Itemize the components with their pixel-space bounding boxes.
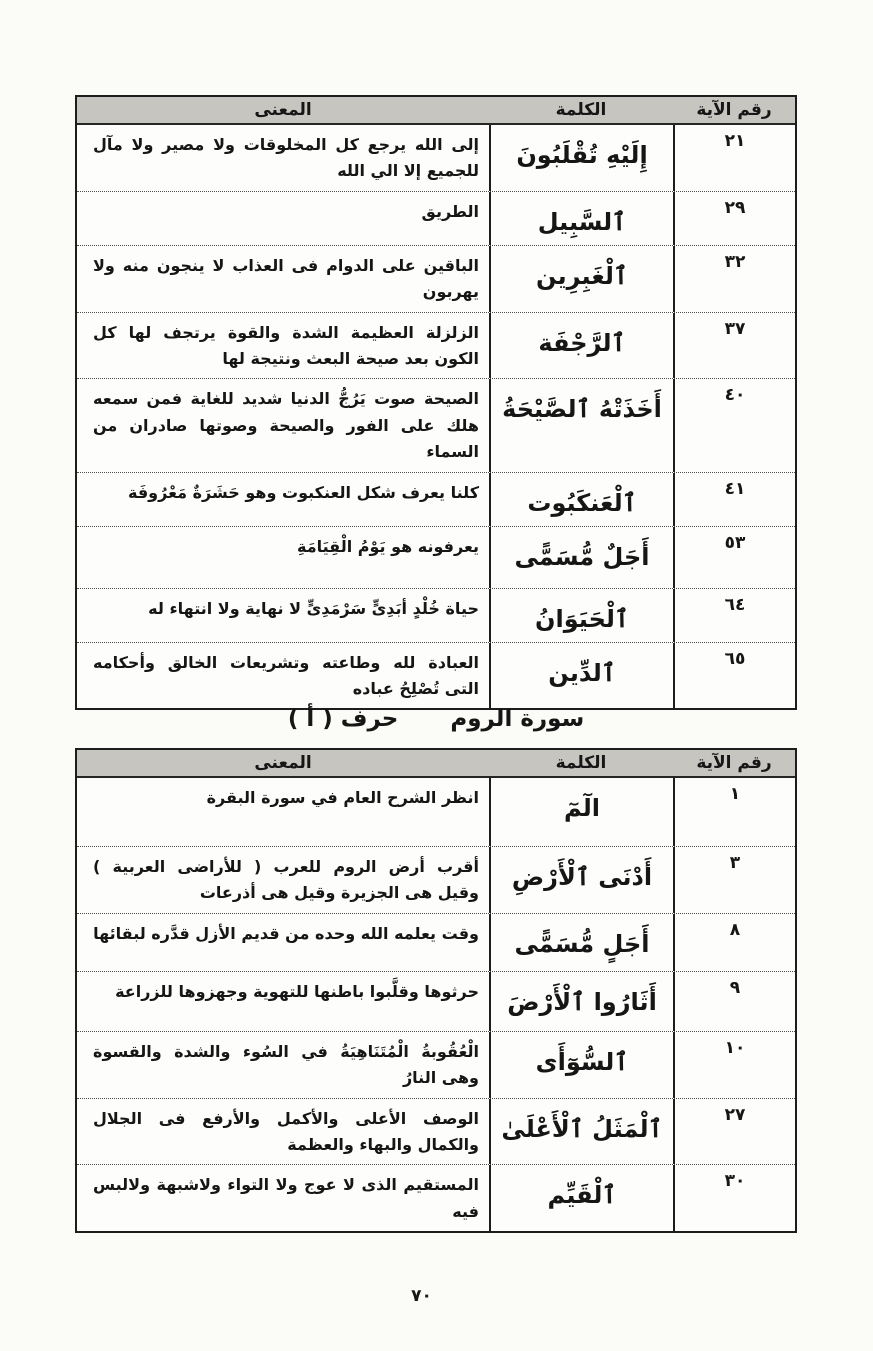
quran-word: أَجَلٍ مُّسَمًّى — [515, 930, 650, 958]
table-row: ٣ أَدْنَى ٱلْأَرْضِ أقرب أرض الروم للعرب… — [77, 846, 795, 913]
quran-word: ٱلْحَيَوَانُ — [535, 605, 629, 633]
verse-number-cell: ٣ — [673, 847, 795, 913]
table-row: ٩ أَثَارُوا ٱلْأَرْضَ حرثوها وقلَّبوا با… — [77, 971, 795, 1031]
quran-word: ٱلْعَنكَبُوت — [527, 489, 636, 517]
quran-word: أَخَذَتْهُ ٱلصَّيْحَةُ — [502, 395, 662, 423]
quran-word: ٱلسَّبِيل — [538, 208, 627, 236]
meaning-text: الباقين على الدوام فى العذاب لا ينجون من… — [93, 256, 479, 301]
column-header-word: الكلمة — [489, 97, 673, 123]
meaning-cell: انظر الشرح العام في سورة البقرة — [77, 778, 489, 846]
word-cell: أَجَلٌ مُّسَمًّى — [489, 527, 673, 588]
meaning-cell: يعرفونه هو يَوْمُ الْقِيَامَةِ — [77, 527, 489, 588]
meaning-cell: الوصف الأعلى والأكمل والأرفع فى الجلال و… — [77, 1099, 489, 1165]
verse-number-cell: ٨ — [673, 914, 795, 971]
table-row: ٤١ ٱلْعَنكَبُوت كلنا يعرف شكل العنكبوت و… — [77, 472, 795, 526]
verse-number-cell: ٣٧ — [673, 313, 795, 379]
table-row: ٢٩ ٱلسَّبِيل الطريق — [77, 191, 795, 245]
quran-word: الٓمٓ — [564, 794, 600, 822]
verse-number-cell: ٤١ — [673, 473, 795, 526]
word-cell: أَثَارُوا ٱلْأَرْضَ — [489, 972, 673, 1031]
verse-number: ٤٠ — [725, 385, 746, 405]
quran-word: أَثَارُوا ٱلْأَرْضَ — [507, 988, 657, 1016]
table-row: ٢١ إِلَيْهِ تُقْلَبُونَ إلى الله يرجع كل… — [77, 125, 795, 191]
word-cell: ٱلرَّجْفَة — [489, 313, 673, 379]
meaning-cell: حرثوها وقلَّبوا باطنها للتهوية وجهزوها ل… — [77, 972, 489, 1031]
meaning-text: الزلزلة العظيمة الشدة والقوة يرتجف لها ك… — [93, 323, 479, 368]
table-row: ٥٣ أَجَلٌ مُّسَمًّى يعرفونه هو يَوْمُ ال… — [77, 526, 795, 588]
section-heading-harf: حرف ( أ ) — [288, 706, 399, 732]
table-row: ٦٥ ٱلدِّين العبادة لله وطاعته وتشريعات ا… — [77, 642, 795, 709]
verse-number: ٤١ — [725, 479, 746, 499]
verse-number-cell: ١ — [673, 778, 795, 846]
quran-word: ٱلْغَبِرِين — [536, 262, 628, 290]
verse-number: ٨ — [730, 920, 740, 940]
column-header-meaning: المعنى — [77, 97, 489, 123]
word-cell: أَخَذَتْهُ ٱلصَّيْحَةُ — [489, 379, 673, 471]
column-header-verse: رقم الآية — [673, 750, 795, 776]
meaning-text: كلنا يعرف شكل العنكبوت وهو حَشَرَةٌ مَعْ… — [128, 483, 479, 502]
quran-word: ٱلرَّجْفَة — [538, 329, 625, 357]
section-heading-sura: سورة الروم — [450, 706, 584, 732]
meaning-cell: كلنا يعرف شكل العنكبوت وهو حَشَرَةٌ مَعْ… — [77, 473, 489, 526]
meaning-cell: الصيحة صوت يَرُجُّ الدنيا شديد للغاية فم… — [77, 379, 489, 471]
table-row: ٢٧ ٱلْمَثَلُ ٱلْأَعْلَىٰ الوصف الأعلى وا… — [77, 1098, 795, 1165]
verse-number-cell: ٦٥ — [673, 643, 795, 709]
meaning-cell: الطريق — [77, 192, 489, 245]
verse-number-cell: ١٠ — [673, 1032, 795, 1098]
verse-number: ٢٩ — [725, 198, 746, 218]
word-cell: ٱلْحَيَوَانُ — [489, 589, 673, 642]
meaning-cell: الْعُقُوبةُ الْمُتَنَاهِيَةُ في السُوء و… — [77, 1032, 489, 1098]
meaning-cell: الباقين على الدوام فى العذاب لا ينجون من… — [77, 246, 489, 312]
meaning-cell: الزلزلة العظيمة الشدة والقوة يرتجف لها ك… — [77, 313, 489, 379]
word-cell: إِلَيْهِ تُقْلَبُونَ — [489, 125, 673, 191]
verse-number-cell: ٩ — [673, 972, 795, 1031]
meaning-text: حياة خُلْدٍ أبَدِىٍّ سَرْمَدِىٍّ لا نهاي… — [148, 599, 479, 618]
meaning-text: حرثوها وقلَّبوا باطنها للتهوية وجهزوها ل… — [115, 982, 479, 1001]
glossary-table-rum: رقم الآية الكلمة المعنى ١ الٓمٓ انظر الش… — [75, 748, 797, 1233]
table-header-row: رقم الآية الكلمة المعنى — [77, 750, 795, 778]
meaning-cell: إلى الله يرجع كل المخلوقات ولا مصير ولا … — [77, 125, 489, 191]
meaning-cell: حياة خُلْدٍ أبَدِىٍّ سَرْمَدِىٍّ لا نهاي… — [77, 589, 489, 642]
verse-number-cell: ٤٠ — [673, 379, 795, 471]
verse-number: ٩ — [730, 978, 740, 998]
word-cell: أَدْنَى ٱلْأَرْضِ — [489, 847, 673, 913]
word-cell: ٱلسُّوٓأَى — [489, 1032, 673, 1098]
table-row: ٣٠ ٱلْقَيِّم المستقيم الذى لا عوج ولا ال… — [77, 1164, 795, 1231]
scanned-book-page: رقم الآية الكلمة المعنى ٢١ إِلَيْهِ تُقْ… — [0, 0, 873, 1351]
verse-number-cell: ٢١ — [673, 125, 795, 191]
quran-word: أَدْنَى ٱلْأَرْضِ — [512, 863, 652, 891]
verse-number: ٢٧ — [725, 1105, 746, 1125]
table-header-row: رقم الآية الكلمة المعنى — [77, 97, 795, 125]
verse-number: ٣٠ — [725, 1171, 746, 1191]
table-row: ٣٢ ٱلْغَبِرِين الباقين على الدوام فى الع… — [77, 245, 795, 312]
verse-number-cell: ٢٩ — [673, 192, 795, 245]
meaning-text: الصيحة صوت يَرُجُّ الدنيا شديد للغاية فم… — [93, 389, 479, 461]
word-cell: ٱلدِّين — [489, 643, 673, 709]
column-header-word: الكلمة — [489, 750, 673, 776]
column-header-verse: رقم الآية — [673, 97, 795, 123]
meaning-text: وقت يعلمه الله وحده من قديم الأزل قدَّره… — [93, 924, 479, 943]
table-row: ١ الٓمٓ انظر الشرح العام في سورة البقرة — [77, 778, 795, 846]
column-header-meaning: المعنى — [77, 750, 489, 776]
verse-number-cell: ٦٤ — [673, 589, 795, 642]
verse-number-cell: ٥٣ — [673, 527, 795, 588]
word-cell: ٱلْقَيِّم — [489, 1165, 673, 1231]
word-cell: الٓمٓ — [489, 778, 673, 846]
word-cell: ٱلسَّبِيل — [489, 192, 673, 245]
page-number: ٧٠ — [0, 1286, 843, 1306]
word-cell: ٱلْغَبِرِين — [489, 246, 673, 312]
word-cell: ٱلْمَثَلُ ٱلْأَعْلَىٰ — [489, 1099, 673, 1165]
meaning-text: إلى الله يرجع كل المخلوقات ولا مصير ولا … — [93, 135, 479, 180]
meaning-cell: العبادة لله وطاعته وتشريعات الخالق وأحكا… — [77, 643, 489, 709]
quran-word: ٱلسُّوٓأَى — [536, 1048, 629, 1076]
table-row: ٤٠ أَخَذَتْهُ ٱلصَّيْحَةُ الصيحة صوت يَر… — [77, 378, 795, 471]
quran-word: ٱلدِّين — [548, 659, 616, 687]
verse-number: ٣٢ — [725, 252, 746, 272]
meaning-cell: وقت يعلمه الله وحده من قديم الأزل قدَّره… — [77, 914, 489, 971]
verse-number-cell: ٣٠ — [673, 1165, 795, 1231]
verse-number-cell: ٢٧ — [673, 1099, 795, 1165]
table-row: ٦٤ ٱلْحَيَوَانُ حياة خُلْدٍ أبَدِىٍّ سَر… — [77, 588, 795, 642]
word-cell: ٱلْعَنكَبُوت — [489, 473, 673, 526]
meaning-cell: أقرب أرض الروم للعرب ( للأراضى العربية )… — [77, 847, 489, 913]
meaning-text: انظر الشرح العام في سورة البقرة — [207, 788, 479, 807]
verse-number: ١٠ — [725, 1038, 746, 1058]
verse-number: ٦٤ — [725, 595, 746, 615]
table-row: ٨ أَجَلٍ مُّسَمًّى وقت يعلمه الله وحده م… — [77, 913, 795, 971]
meaning-text: الطريق — [422, 202, 479, 221]
verse-number: ٣٧ — [725, 319, 746, 339]
quran-word: ٱلْمَثَلُ ٱلْأَعْلَىٰ — [501, 1115, 662, 1143]
word-cell: أَجَلٍ مُّسَمًّى — [489, 914, 673, 971]
meaning-text: الْعُقُوبةُ الْمُتَنَاهِيَةُ في السُوء و… — [93, 1042, 479, 1087]
quran-word: أَجَلٌ مُّسَمًّى — [515, 543, 650, 571]
glossary-table-ankabut: رقم الآية الكلمة المعنى ٢١ إِلَيْهِ تُقْ… — [75, 95, 797, 710]
verse-number: ٣ — [730, 853, 740, 873]
quran-word: إِلَيْهِ تُقْلَبُونَ — [516, 141, 647, 169]
table-row: ٣٧ ٱلرَّجْفَة الزلزلة العظيمة الشدة والق… — [77, 312, 795, 379]
meaning-text: العبادة لله وطاعته وتشريعات الخالق وأحكا… — [93, 653, 479, 698]
verse-number: ٢١ — [725, 131, 746, 151]
verse-number: ٦٥ — [725, 649, 746, 669]
meaning-text: المستقيم الذى لا عوج ولا التواء ولاشبهة … — [93, 1175, 479, 1220]
verse-number: ١ — [730, 784, 740, 804]
quran-word: ٱلْقَيِّم — [548, 1181, 617, 1209]
meaning-text: أقرب أرض الروم للعرب ( للأراضى العربية )… — [93, 857, 479, 902]
verse-number-cell: ٣٢ — [673, 246, 795, 312]
meaning-cell: المستقيم الذى لا عوج ولا التواء ولاشبهة … — [77, 1165, 489, 1231]
table-row: ١٠ ٱلسُّوٓأَى الْعُقُوبةُ الْمُتَنَاهِيَ… — [77, 1031, 795, 1098]
meaning-text: يعرفونه هو يَوْمُ الْقِيَامَةِ — [297, 537, 479, 556]
verse-number: ٥٣ — [725, 533, 746, 553]
meaning-text: الوصف الأعلى والأكمل والأرفع فى الجلال و… — [93, 1109, 479, 1154]
section-heading: سورة الروم حرف ( أ ) — [75, 706, 797, 732]
